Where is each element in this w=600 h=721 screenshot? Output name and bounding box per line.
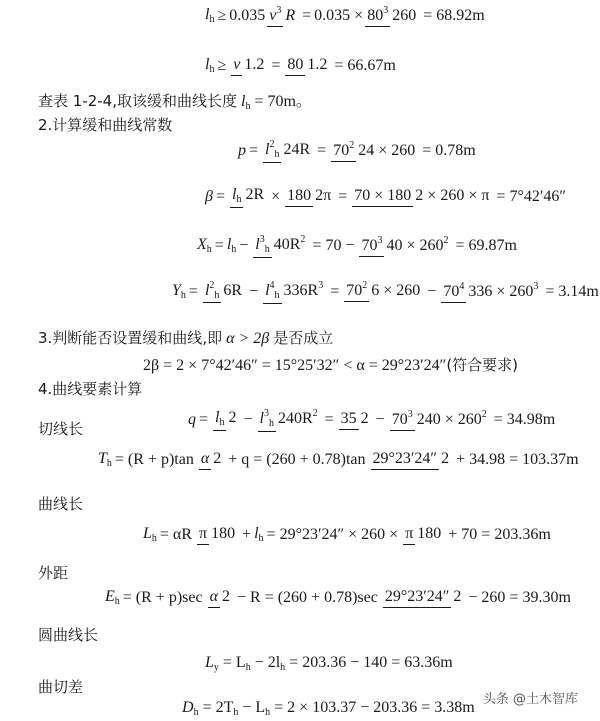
- label-tangent-length: 切线长: [38, 422, 83, 437]
- equation-beta: β= lh2R × 1802π = 70 × 1802 × 260 × π = …: [205, 186, 569, 208]
- heading-curve-elements: 4.曲线要素计算: [38, 382, 142, 397]
- watermark: 头条 @土木智库: [483, 688, 578, 707]
- equation-lh-min-2: lh ≥ v1.2 = 801.2 = 66.67m: [205, 56, 399, 76]
- paragraph-select-length: 查表 1-2-4,取该缓和曲线长度 lh = 70m。: [38, 94, 312, 112]
- equation-check: 2β = 2 × 7°42′46″ = 15°25′32″ < α = 29°2…: [143, 358, 518, 374]
- label-curve-tangent-difference: 曲切差: [38, 680, 83, 695]
- equation-p: p= l2h24R = 70224 × 260 = 0.78m: [238, 140, 479, 163]
- label-circular-curve-length: 圆曲线长: [38, 628, 98, 643]
- equation-th: Th = (R + p)tan α2 + q = (260 + 0.78)tan…: [98, 450, 582, 470]
- equation-lh: Lh = αR π180 + lh = 29°23′24″ × 260 × π1…: [143, 525, 554, 545]
- label-external-distance: 外距: [38, 566, 68, 581]
- equation-lh-min-1: lh ≥ 0.035 v3R = 0.035 × 803260 = 68.92m: [205, 6, 488, 27]
- equation-dh: Dh = 2Th − Lh = 2 × 103.37 − 203.36 = 3.…: [182, 700, 475, 718]
- equation-q: q= lh2 − l3h240R2 = 352 − 703240 × 2602 …: [188, 408, 558, 432]
- equation-ly: Ly = Lh − 2lh = 203.36 − 140 = 63.36m: [205, 655, 453, 673]
- heading-transition-constants: 2.计算缓和曲线常数: [38, 118, 172, 133]
- equation-xh: Xh= lh− l3h40R2 = 70 − 70340 × 2602 = 69…: [197, 234, 520, 258]
- label-curve-length: 曲线长: [38, 497, 83, 512]
- heading-check-condition: 3.判断能否设置缓和曲线,即 α > 2β 是否成立: [38, 331, 333, 347]
- equation-yh: Yh= l2h6R − l4h336R3 = 7026 × 260 − 7043…: [172, 280, 600, 304]
- equation-eh: Eh = (R + p)sec α2 − R = (260 + 0.78)sec…: [105, 588, 574, 608]
